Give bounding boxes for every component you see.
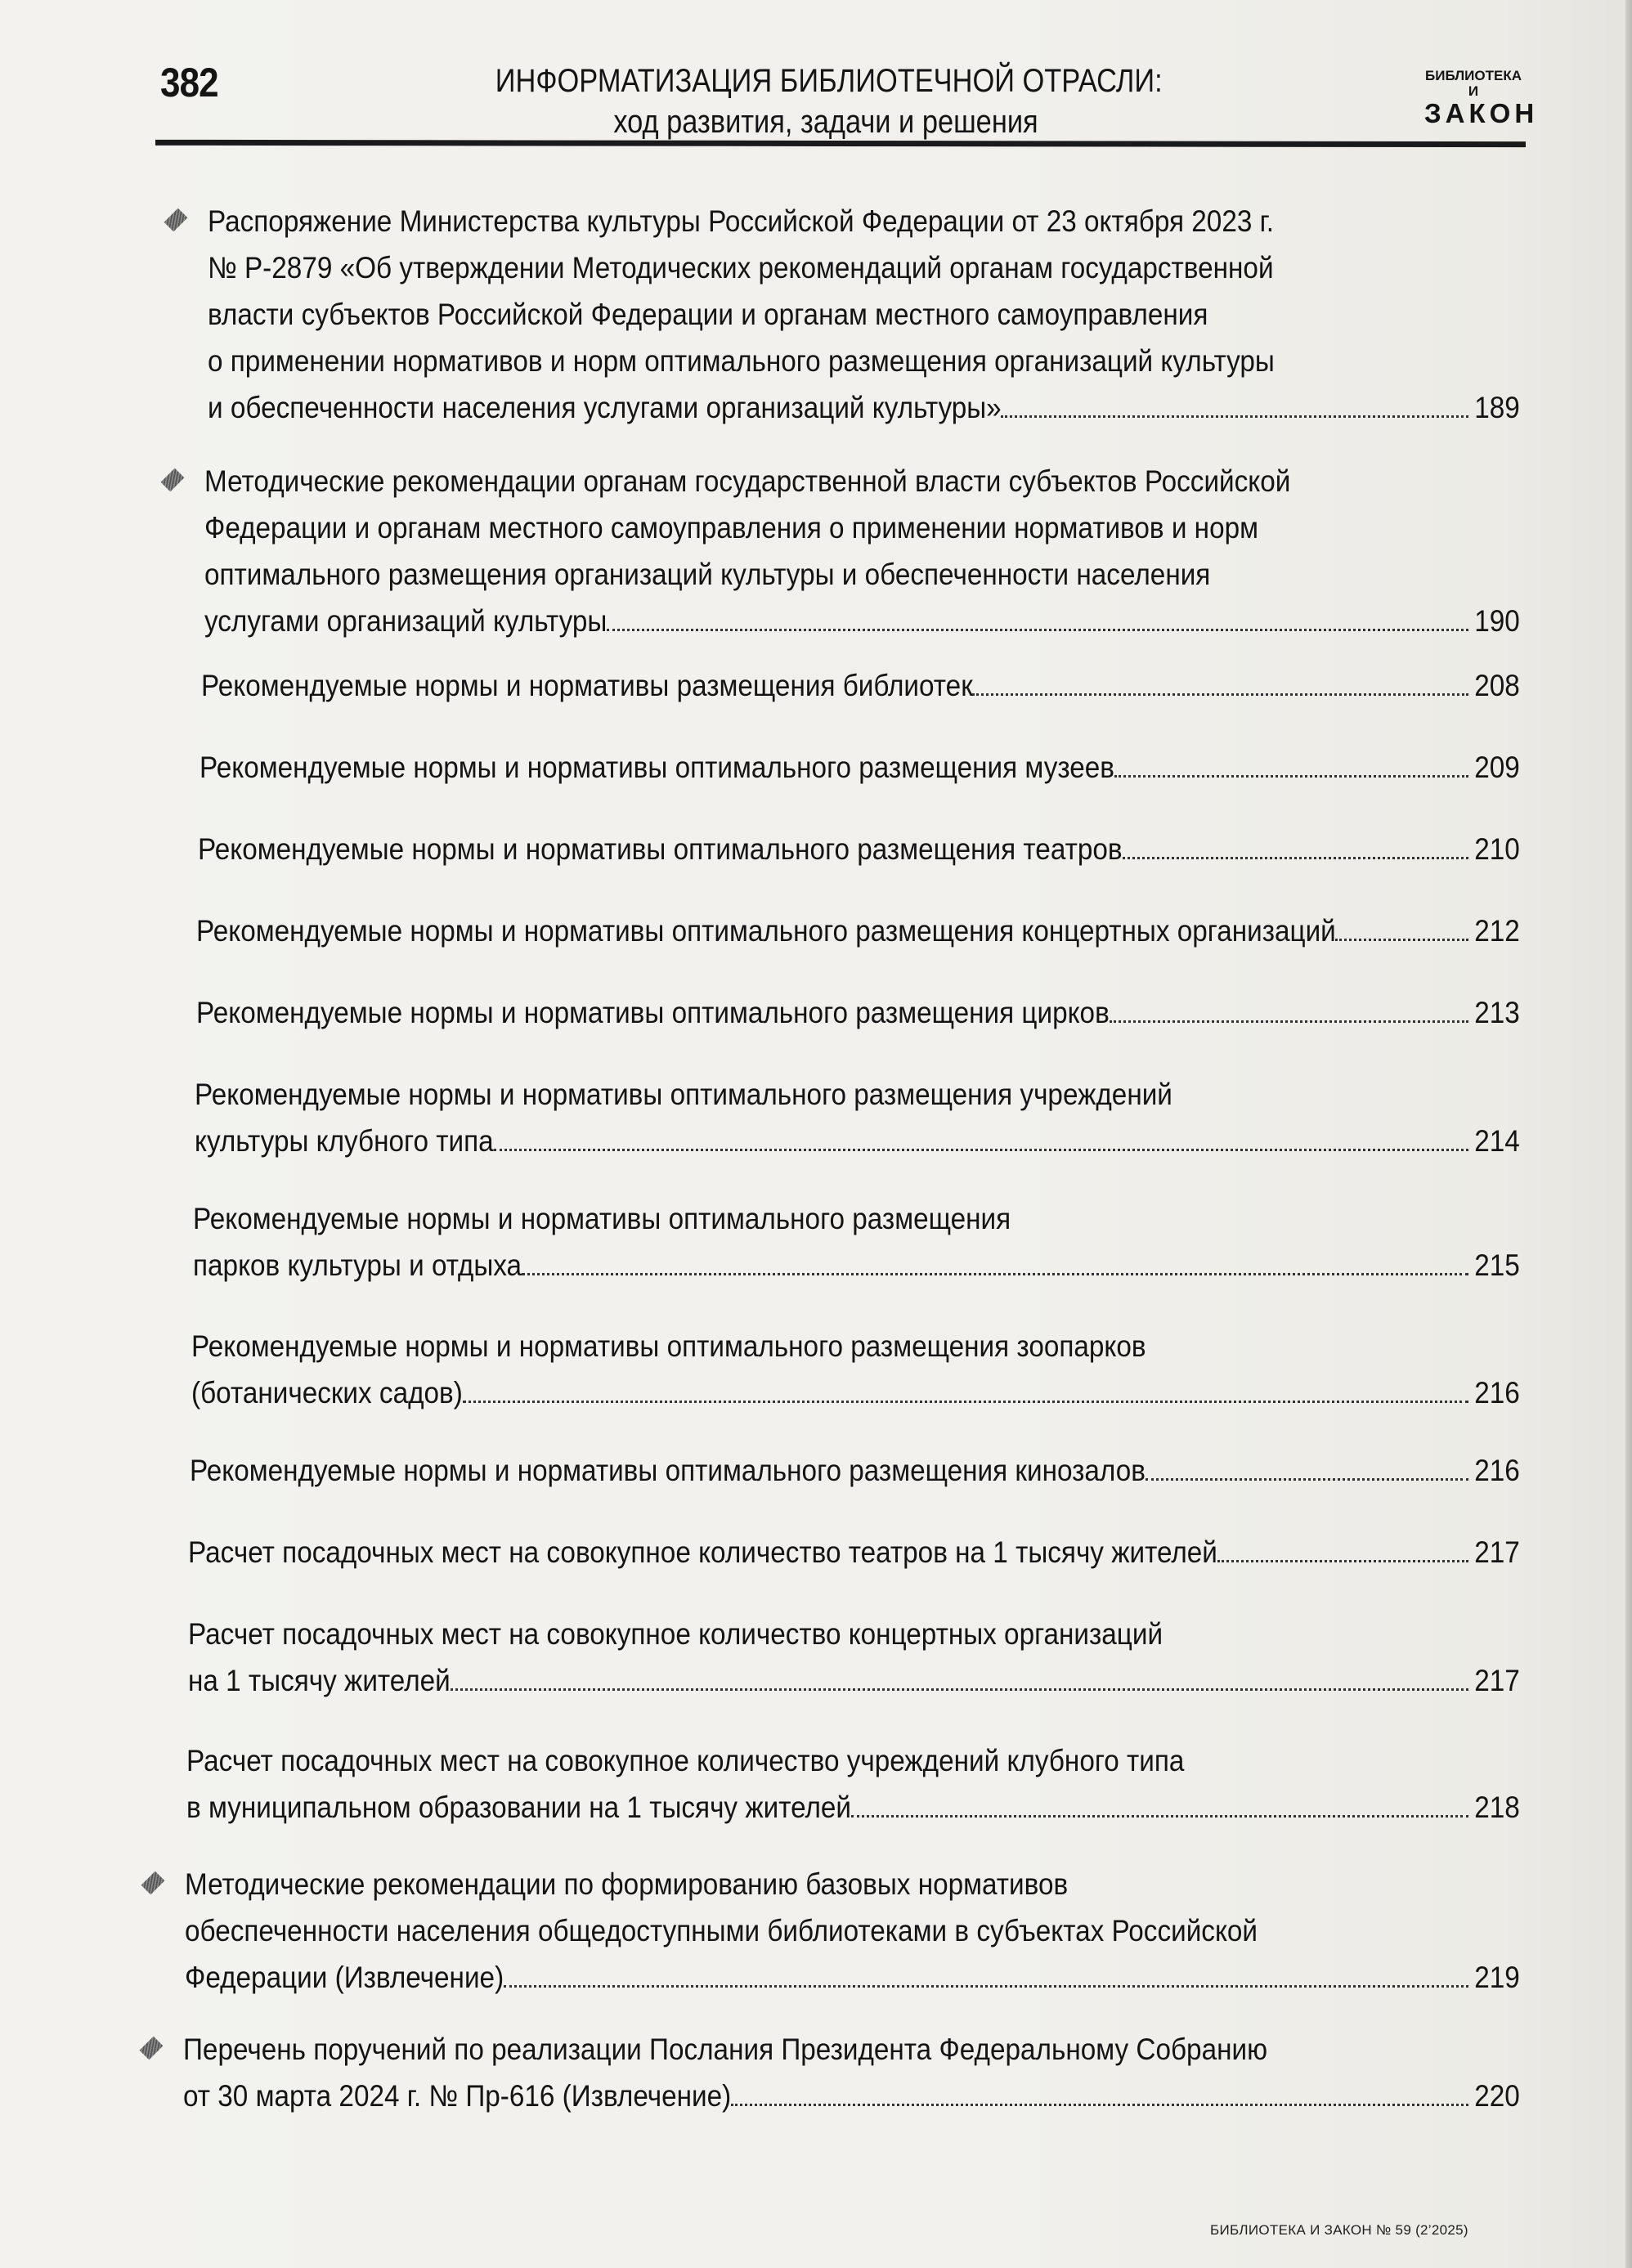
journal-logo: БИБЛИОТЕКА И ЗАКОН: [1424, 69, 1522, 127]
toc-entry-line: оптимального размещения организаций куль…: [204, 551, 1382, 598]
toc-entry-title-end: Рекомендуемые нормы и нормативы размещен…: [201, 662, 973, 709]
toc-entry-line: Расчет посадочных мест на совокупное кол…: [186, 1737, 1380, 1784]
toc-entry: Перечень поручений по реализации Послани…: [183, 2026, 1513, 2119]
dot-leader: [494, 1149, 1468, 1151]
toc-page-number: 217: [1474, 1657, 1513, 1704]
toc-page-number: 217: [1474, 1529, 1513, 1575]
toc-entry-title-end: Федерации (Извлечение): [185, 1954, 504, 2001]
header-divider: [155, 140, 1526, 147]
toc-page-number: 212: [1474, 908, 1513, 954]
toc-entry-title-end: услугами организаций культуры: [204, 598, 607, 644]
running-title-line-2: ход развития, задачи и решения: [495, 101, 1156, 142]
dot-leader: [1110, 1020, 1468, 1023]
toc-entry: Методические рекомендации по формировани…: [185, 1861, 1513, 2001]
toc-entry-title-end: Рекомендуемые нормы и нормативы оптималь…: [200, 744, 1114, 791]
toc-entry-title-end: (ботанических садов): [191, 1369, 463, 1416]
toc-entry-last-line: от 30 марта 2024 г. № Пр-616 (Извлечение…: [183, 2073, 1513, 2119]
toc-entry-title-end: парков культуры и отдыха: [193, 1242, 522, 1289]
toc-entry-line: Рекомендуемые нормы и нормативы оптималь…: [195, 1071, 1381, 1118]
dot-leader: [607, 629, 1468, 631]
running-title-line-1: ИНФОРМАТИЗАЦИЯ БИБЛИОТЕЧНОЙ ОТРАСЛИ:: [495, 61, 1156, 101]
toc-entry-last-line: культуры клубного типа214: [195, 1118, 1513, 1164]
diamond-bullet-icon: [164, 208, 188, 232]
dot-leader: [1114, 775, 1468, 778]
toc-page-number: 219: [1474, 1954, 1513, 2001]
toc-page-number: 216: [1474, 1369, 1513, 1416]
toc-entry-title-end: Рекомендуемые нормы и нормативы оптималь…: [190, 1447, 1146, 1494]
toc-entry: Расчет посадочных мест на совокупное кол…: [188, 1611, 1513, 1704]
toc-page-number: 213: [1474, 989, 1513, 1036]
toc-entry-last-line: в муниципальном образовании на 1 тысячу …: [186, 1784, 1513, 1831]
toc-page-number: 208: [1474, 662, 1513, 709]
toc-entry-last-line: (ботанических садов)216: [191, 1369, 1513, 1416]
toc-entry-line: Рекомендуемые нормы и нормативы оптималь…: [191, 1323, 1380, 1369]
toc-entry-title-end: Рекомендуемые нормы и нормативы оптималь…: [198, 826, 1123, 872]
running-title: ИНФОРМАТИЗАЦИЯ БИБЛИОТЕЧНОЙ ОТРАСЛИ: ход…: [495, 61, 1156, 142]
dot-leader: [1335, 939, 1468, 941]
logo-line-1: БИБЛИОТЕКА: [1424, 69, 1522, 83]
toc-entry: Распоряжение Министерства культуры Росси…: [208, 198, 1513, 431]
toc-entry-title-end: в муниципальном образовании на 1 тысячу …: [186, 1784, 851, 1831]
dot-leader: [1001, 415, 1468, 418]
toc-entry-last-line: Рекомендуемые нормы и нормативы размещен…: [201, 662, 1513, 709]
toc-entry: Расчет посадочных мест на совокупное кол…: [186, 1737, 1513, 1831]
toc-entry: Рекомендуемые нормы и нормативы оптималь…: [195, 1071, 1513, 1164]
toc-entry-last-line: и обеспеченности населения услугами орга…: [208, 384, 1513, 431]
toc-entry-last-line: Рекомендуемые нормы и нормативы оптималь…: [196, 989, 1513, 1036]
toc-entry-title-end: Расчет посадочных мест на совокупное кол…: [188, 1529, 1217, 1575]
toc-entry-last-line: на 1 тысячу жителей217: [188, 1657, 1513, 1704]
toc-entry-last-line: Рекомендуемые нормы и нормативы оптималь…: [190, 1447, 1513, 1494]
dot-leader: [463, 1401, 1468, 1403]
toc-page-number: 209: [1474, 744, 1513, 791]
journal-issue-footer: БИБЛИОТЕКА И ЗАКОН № 59 (2’2025): [1210, 2222, 1468, 2239]
toc-entry: Рекомендуемые нормы и нормативы оптималь…: [198, 826, 1513, 872]
toc-entry-line: № Р-2879 «Об утверждении Методических ре…: [208, 244, 1382, 291]
toc-page-number: 220: [1474, 2073, 1513, 2119]
toc-entry: Рекомендуемые нормы и нормативы оптималь…: [196, 989, 1513, 1036]
diamond-bullet-icon: [141, 1871, 165, 1895]
toc-entry-title-end: и обеспеченности населения услугами орга…: [208, 384, 1002, 431]
toc-entry: Рекомендуемые нормы и нормативы оптималь…: [200, 744, 1513, 791]
dot-leader: [522, 1273, 1468, 1275]
toc-entry-line: Расчет посадочных мест на совокупное кол…: [188, 1611, 1380, 1657]
toc-entry-last-line: парков культуры и отдыха 215: [193, 1242, 1513, 1289]
toc-entry-title-end: культуры клубного типа: [195, 1118, 494, 1164]
toc-entry-title-end: на 1 тысячу жителей: [188, 1657, 451, 1704]
toc-entry: Методические рекомендации органам госуда…: [204, 458, 1513, 644]
toc-entry: Рекомендуемые нормы и нормативы оптималь…: [196, 908, 1513, 954]
toc-entry-title-end: Рекомендуемые нормы и нормативы оптималь…: [196, 908, 1336, 954]
diamond-bullet-icon: [140, 2037, 164, 2060]
dot-leader: [451, 1688, 1468, 1691]
toc-page-number: 210: [1474, 826, 1513, 872]
toc-entry-line: Методические рекомендации по формировани…: [185, 1861, 1380, 1907]
dot-leader: [1146, 1478, 1468, 1481]
page-edge: [1625, 0, 1632, 2268]
document-page: 382 ИНФОРМАТИЗАЦИЯ БИБЛИОТЕЧНОЙ ОТРАСЛИ:…: [0, 0, 1632, 2268]
toc-entry-line: Федерации и органам местного самоуправле…: [204, 504, 1382, 551]
toc-page-number: 216: [1474, 1447, 1513, 1494]
toc-entry: Рекомендуемые нормы и нормативы оптималь…: [193, 1195, 1513, 1289]
dot-leader: [851, 1815, 1468, 1818]
toc-entry-line: власти субъектов Российской Федерации и …: [208, 291, 1382, 338]
toc-entry: Рекомендуемые нормы и нормативы оптималь…: [191, 1323, 1513, 1416]
toc-entry-line: Распоряжение Министерства культуры Росси…: [208, 198, 1382, 244]
toc-page-number: 189: [1474, 384, 1513, 431]
page-number: 382: [160, 59, 218, 106]
toc-entry-last-line: Федерации (Извлечение)219: [185, 1954, 1513, 2001]
dot-leader: [504, 1985, 1468, 1988]
toc-page-number: 214: [1474, 1118, 1513, 1164]
toc-entry-line: Рекомендуемые нормы и нормативы оптималь…: [193, 1195, 1381, 1242]
toc-entry-last-line: услугами организаций культуры190: [204, 598, 1513, 644]
toc-entry-title-end: Рекомендуемые нормы и нормативы оптималь…: [196, 989, 1110, 1036]
toc-entry-title-end: от 30 марта 2024 г. № Пр-616 (Извлечение…: [183, 2073, 731, 2119]
toc-entry-line: о применении нормативов и норм оптимальн…: [208, 338, 1382, 384]
toc-entry-line: Перечень поручений по реализации Послани…: [183, 2026, 1379, 2073]
diamond-bullet-icon: [161, 468, 185, 492]
toc-entry: Расчет посадочных мест на совокупное кол…: [188, 1529, 1513, 1575]
toc-page-number: 218: [1474, 1784, 1513, 1831]
toc-entry-line: Методические рекомендации органам госуда…: [204, 458, 1382, 504]
toc-entry-line: обеспеченности населения общедоступными …: [185, 1907, 1380, 1954]
toc-entry-last-line: Рекомендуемые нормы и нормативы оптималь…: [200, 744, 1513, 791]
toc-entry-last-line: Рекомендуемые нормы и нормативы оптималь…: [196, 908, 1513, 954]
logo-line-3: ЗАКОН: [1424, 100, 1522, 127]
toc-page-number: 190: [1474, 598, 1513, 644]
toc-entry-last-line: Рекомендуемые нормы и нормативы оптималь…: [198, 826, 1513, 872]
dot-leader: [1217, 1560, 1468, 1562]
toc-entry: Рекомендуемые нормы и нормативы размещен…: [201, 662, 1513, 709]
dot-leader: [1123, 857, 1468, 859]
dot-leader: [731, 2104, 1468, 2106]
dot-leader: [972, 693, 1468, 696]
toc-entry-last-line: Расчет посадочных мест на совокупное кол…: [188, 1529, 1513, 1575]
toc-page-number: 215: [1474, 1242, 1513, 1289]
toc-entry: Рекомендуемые нормы и нормативы оптималь…: [190, 1447, 1513, 1494]
logo-line-2: И: [1424, 84, 1522, 98]
